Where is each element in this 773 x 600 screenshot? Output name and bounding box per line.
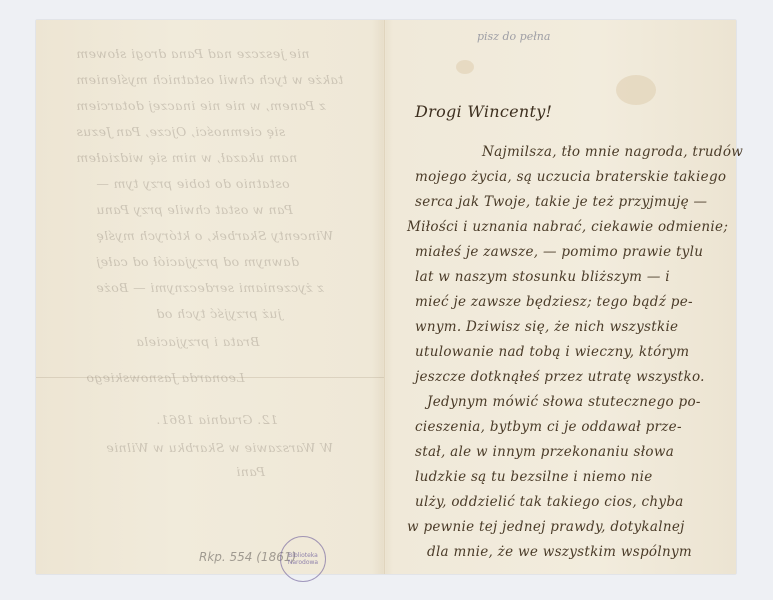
- bleed-through-line: z Panem, w nie nie inaczej dotarciem: [76, 98, 326, 113]
- bleed-through-line: Pan w ostat chwile przy Panu: [96, 202, 293, 217]
- bleed-through-line: się ciemności, Ojcze, Pan Jezus: [76, 124, 285, 139]
- letter-line: miałeś je zawsze, — pomimo prawie tylu: [415, 244, 703, 260]
- bleed-through-line: z życzeniami serdecznymi — Boże: [96, 280, 324, 295]
- bleed-through-line: już przyjść tych od: [156, 306, 282, 321]
- horizontal-fold: [36, 377, 385, 378]
- bleed-through-place: W Warszawie w Skarbku w Wilnie: [106, 440, 333, 455]
- letter-line: ulży, oddzielić tak takiego cios, chyba: [415, 494, 684, 510]
- bleed-through-line: dawnym od przyjaciół od całej: [96, 254, 299, 269]
- letter-line: cieszenia, bytbym ci je oddawał prze-: [415, 419, 682, 435]
- left-page: nie jeszcze nad Pana drogi słowem także …: [36, 20, 385, 574]
- letter-line: dla mnie, że we wszystkim wspólnym: [427, 544, 692, 560]
- letter-line: serca jak Twoje, takie je też przyjmuję …: [415, 194, 707, 210]
- letter-line: jeszcze dotknąłeś przez utratę wszystko.: [415, 369, 705, 385]
- pencil-note: pisz do pełna: [477, 30, 550, 43]
- library-stamp: Biblioteka Narodowa: [280, 536, 326, 582]
- bleed-through-line: nam ukazał, w nim się widziałem: [76, 150, 297, 165]
- bleed-through-line: ostatnio do tobie przy tym —: [96, 176, 290, 191]
- letter-line: utulowanie nad tobą i wieczny, którym: [415, 344, 689, 360]
- letter-line: Jedynym mówić słowa stutecznego po-: [427, 394, 701, 410]
- letter-line: lat w naszym stosunku bliższym — i: [415, 269, 670, 285]
- letter-line: w pewnie tej jednej prawdy, dotykalnej: [407, 519, 685, 535]
- letter-line: mieć je zawsze będziesz; tego bądź pe-: [415, 294, 693, 310]
- center-fold: [384, 20, 386, 574]
- bleed-through-line: Wincenty Skarbek, o których myślę: [96, 228, 333, 243]
- stamp-text: Biblioteka Narodowa: [281, 552, 325, 566]
- bleed-through-line: także w tych chwil ostatnich myśleniem: [76, 72, 343, 87]
- letter-line: wnym. Dziwisz się, że nich wszystkie: [415, 319, 678, 335]
- bleed-through-closing: Brata i przyjaciela: [136, 334, 259, 349]
- letter-line: Miłości i uznania nabrać, ciekawie odmie…: [407, 219, 728, 235]
- bleed-through-date: 12. Grudnia 1861.: [156, 412, 278, 427]
- letter-sheet: nie jeszcze nad Pana drogi słowem także …: [36, 20, 736, 574]
- letter-line: stał, ale w innym przekonaniu słowa: [415, 444, 674, 460]
- letter-line: mojego życia, są uczucia braterskie taki…: [415, 169, 726, 185]
- letter-line: Najmilsza, tło mnie nagroda, trudów: [482, 144, 743, 160]
- bleed-through-line: nie jeszcze nad Pana drogi słowem: [76, 46, 310, 61]
- letter-line: ludzkie są tu bezsilne i niemo nie: [415, 469, 653, 485]
- right-page: pisz do pełna Drogi Wincenty! Najmilsza,…: [387, 20, 736, 574]
- bleed-through-line: Pani: [236, 464, 265, 479]
- salutation: Drogi Wincenty!: [415, 102, 552, 121]
